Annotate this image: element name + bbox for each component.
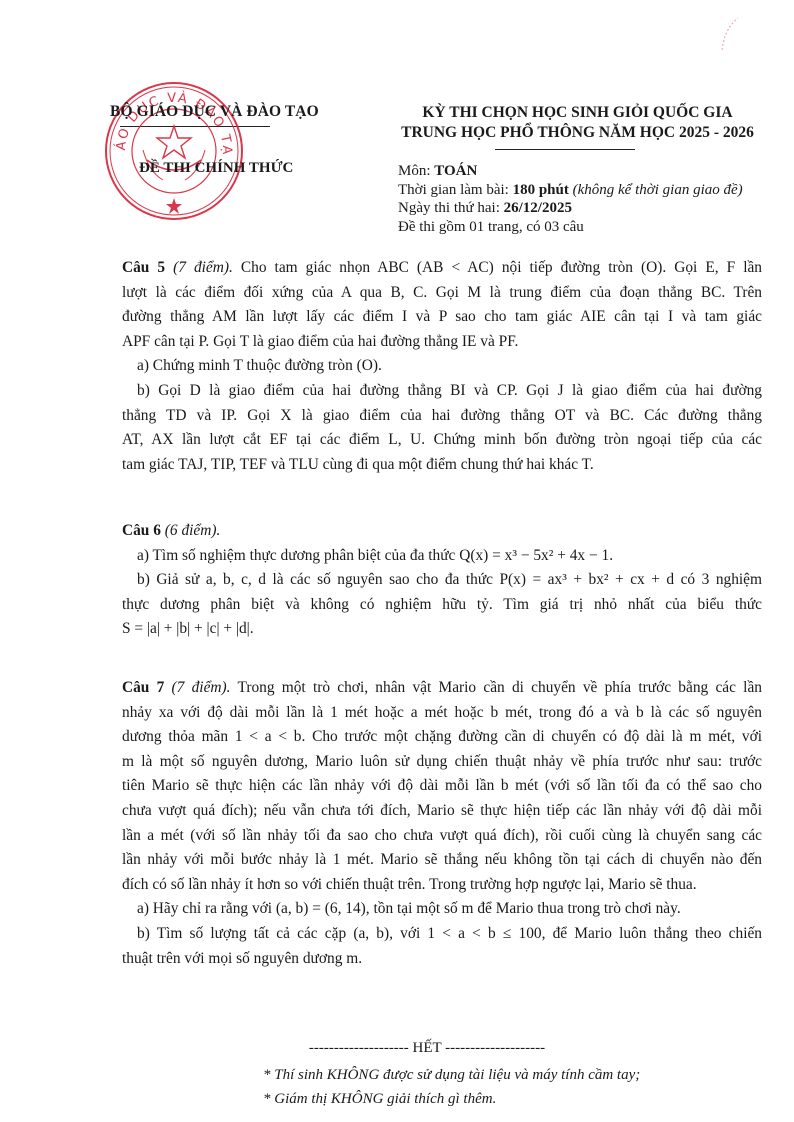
ministry-name: BỘ GIÁO DỤC VÀ ĐÀO TẠO <box>110 103 370 121</box>
question-text-line: thuật trên với mọi số nguyên dương m. <box>122 947 762 972</box>
part-b: b) Tìm số lượng tất cả các cặp (a, b), v… <box>122 922 762 947</box>
question-7: Câu 7 (7 điểm). Trong một trò chơi, nhân… <box>122 676 762 971</box>
question-text-line: APF cân tại P. Gọi T là giao điểm của ha… <box>122 330 762 355</box>
note-no-explanation: * Giám thị KHÔNG giải thích gì thêm. <box>263 1087 640 1111</box>
duration-note: (không kể thời gian giao đề) <box>569 182 743 198</box>
exam-meta: Môn: TOÁN Thời gian làm bài: 180 phút (k… <box>398 162 743 236</box>
date-row: Ngày thi thứ hai: 26/12/2025 <box>398 199 743 218</box>
duration-label: Thời gian làm bài: <box>398 182 513 198</box>
duration-value: 180 phút <box>513 182 569 198</box>
date-label: Ngày thi thứ hai: <box>398 200 504 216</box>
question-label: Câu 6 <box>122 522 161 539</box>
part-b: b) Gọi D là giao điểm của hai đường thẳn… <box>122 379 762 404</box>
pages-info: Đề thi gồm 01 trang, có 03 câu <box>398 218 743 237</box>
question-text-line: S = |a| + |b| + |c| + |d|. <box>122 617 762 642</box>
duration-row: Thời gian làm bài: 180 phút (không kể th… <box>398 181 743 200</box>
subject-row: Môn: TOÁN <box>398 162 743 181</box>
question-label: Câu 5 <box>122 259 165 276</box>
question-text-line: dương thỏa mãn 1 < a < b. Cho trước một … <box>122 725 762 750</box>
exam-page: GIÁO DỤC VÀ ĐÀO TẠO BỘ GIÁO DỤC VÀ ĐÀO T… <box>0 0 794 1122</box>
question-text-line: đường thẳng AM lần lượt lấy các điểm I v… <box>122 305 762 330</box>
question-points: (7 điểm). <box>164 679 230 696</box>
official-seal-icon: GIÁO DỤC VÀ ĐÀO TẠO <box>103 80 245 222</box>
question-text-line: thực dương phân biệt và không có nghiệm … <box>122 593 762 618</box>
exam-notes: * Thí sinh KHÔNG được sử dụng tài liệu v… <box>263 1063 640 1111</box>
question-text-line: chưa vượt quá đích); nếu vẫn chưa tới đí… <box>122 799 762 824</box>
question-text-line: Cho tam giác nhọn ABC (AB < AC) nội tiếp… <box>233 259 762 276</box>
issuer-block: BỘ GIÁO DỤC VÀ ĐÀO TẠO <box>110 103 370 121</box>
exam-title-underline <box>495 149 635 150</box>
question-text-line: m là một số nguyên dương, Mario luôn sử … <box>122 750 762 775</box>
note-no-materials: * Thí sinh KHÔNG được sử dụng tài liệu v… <box>263 1063 640 1087</box>
question-points: (6 điểm). <box>161 522 220 539</box>
official-exam-label: ĐỀ THI CHÍNH THỨC <box>139 160 293 177</box>
part-a: a) Hãy chỉ ra rằng với (a, b) = (6, 14),… <box>122 897 762 922</box>
exam-title-line1: KỲ THI CHỌN HỌC SINH GIỎI QUỐC GIA <box>380 103 775 123</box>
exam-title-block: KỲ THI CHỌN HỌC SINH GIỎI QUỐC GIA TRUNG… <box>380 103 775 143</box>
question-5: Câu 5 (7 điểm). Cho tam giác nhọn ABC (A… <box>122 256 762 477</box>
question-text-line: nhảy xa với độ dài mỗi lần là 1 mét hoặc… <box>122 701 762 726</box>
question-text-line: thẳng TD và IP. Gọi X là giao điểm của h… <box>122 404 762 429</box>
question-text-line: Trong một trò chơi, nhân vật Mario cần d… <box>231 679 763 696</box>
part-a: a) Chứng minh T thuộc đường tròn (O). <box>122 354 762 379</box>
question-text-line: lượt là các điểm đối xứng của A qua B, C… <box>122 281 762 306</box>
question-points: (7 điểm). <box>165 259 233 276</box>
question-text-line: đích có số lần nhảy ít hơn so với chiến … <box>122 873 762 898</box>
question-text-line: AT, AX lần lượt cắt EF tại các điểm L, U… <box>122 428 762 453</box>
question-6: Câu 6 (6 điểm). a) Tìm số nghiệm thực dư… <box>122 519 762 642</box>
stamp-edge-mark <box>718 14 742 54</box>
subject-value: TOÁN <box>434 163 477 179</box>
question-label: Câu 7 <box>122 679 164 696</box>
question-text-line: tam giác TAJ, TIP, TEF và TLU cùng đi qu… <box>122 453 762 478</box>
subject-label: Môn: <box>398 163 434 179</box>
question-text-line: lần nhảy với mỗi bước nhảy là 1 mét. Mar… <box>122 848 762 873</box>
question-text-line: lần a mét (với số lần nhảy tối đa sao ch… <box>122 824 762 849</box>
date-value: 26/12/2025 <box>504 200 572 216</box>
part-b: b) Giả sử a, b, c, d là các số nguyên sa… <box>122 568 762 593</box>
end-marker: -------------------- HẾT ---------------… <box>0 1040 794 1057</box>
question-text-line: tiên Mario sẽ thực hiện các lần nhảy với… <box>122 774 762 799</box>
exam-title-line2: TRUNG HỌC PHỔ THÔNG NĂM HỌC 2025 - 2026 <box>380 123 775 143</box>
part-a: a) Tìm số nghiệm thực dương phân biệt củ… <box>122 544 762 569</box>
